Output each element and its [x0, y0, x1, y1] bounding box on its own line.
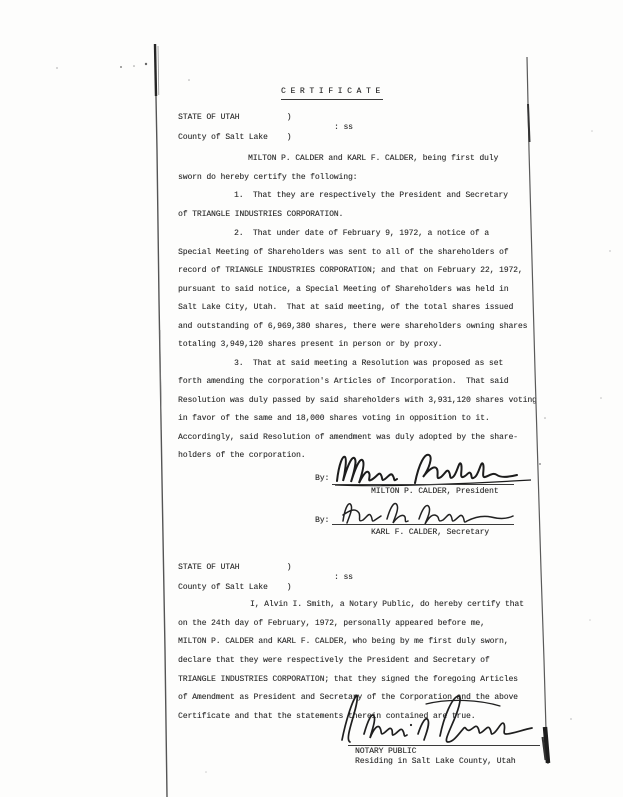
body-line: Resolution was duly passed by said share…	[178, 396, 537, 406]
signature-line	[348, 745, 540, 746]
scanned-certificate-page: C E R T I F I C A T E STATE OF UTAH ) : …	[0, 0, 623, 797]
body-line: 1. That they are respectively the Presid…	[234, 191, 508, 201]
body-line: forth amending the corporation's Article…	[178, 377, 508, 387]
body-line: Salt Lake City, Utah. That at said meeti…	[178, 303, 513, 313]
body-line: I, Alvin I. Smith, a Notary Public, do h…	[250, 600, 524, 610]
body-line: TRIANGLE INDUSTRIES CORPORATION; that th…	[178, 675, 518, 685]
body-line: of Amendment as President and Secretary …	[178, 693, 518, 703]
certificate-title: C E R T I F I C A T E	[281, 87, 383, 100]
venue-top-county-text: County of Salt Lake )	[178, 133, 291, 143]
president-name-label: MILTON P. CALDER, President	[371, 487, 498, 497]
body-line: sworn do hereby certify the following:	[178, 173, 357, 183]
by-label: By:	[315, 474, 329, 484]
body-line: Certificate and that the statements ther…	[178, 712, 475, 722]
venue-bottom-state-text: STATE OF UTAH )	[178, 563, 291, 573]
venue-top-state-text: STATE OF UTAH )	[178, 113, 291, 123]
body-line: in favor of the same and 18,000 shares v…	[178, 414, 490, 424]
body-line: 3. That at said meeting a Resolution was…	[234, 359, 503, 369]
body-line: MILTON P. CALDER and KARL F. CALDER, who…	[178, 637, 508, 647]
venue-top-ss-text: : ss	[334, 123, 353, 133]
body-line: and outstanding of 6,969,380 shares, the…	[178, 322, 527, 332]
body-line: declare that they were respectively the …	[178, 656, 490, 666]
signature-line	[332, 524, 514, 525]
body-line: Special Meeting of Shareholders was sent…	[178, 248, 508, 258]
body-line: Accordingly, said Resolution of amendmen…	[178, 433, 518, 443]
body-line: holders of the corporation.	[178, 451, 305, 461]
body-line: record of TRIANGLE INDUSTRIES CORPORATIO…	[178, 266, 523, 276]
secretary-name-label: KARL F. CALDER, Secretary	[371, 528, 489, 538]
venue-bottom-ss-text: : ss	[334, 573, 353, 583]
notary-public-label: NOTARY PUBLIC	[355, 747, 416, 757]
body-line: totaling 3,949,120 shares present in per…	[178, 340, 442, 350]
left-scan-line	[155, 44, 167, 797]
residing-label: Residing in Salt Lake County, Utah	[355, 757, 516, 767]
body-line: pursuant to said notice, a Special Meeti…	[178, 285, 508, 295]
body-line: on the 24th day of February, 1972, perso…	[178, 619, 485, 629]
right-scan-line	[527, 57, 548, 764]
by-label: By:	[315, 516, 329, 526]
body-line: MILTON P. CALDER and KARL F. CALDER, bei…	[248, 154, 498, 164]
signature-line	[332, 484, 514, 485]
body-line: 2. That under date of February 9, 1972, …	[234, 229, 489, 239]
venue-bottom-county-text: County of Salt Lake )	[178, 583, 291, 593]
body-line: of TRIANGLE INDUSTRIES CORPORATION.	[178, 210, 343, 220]
